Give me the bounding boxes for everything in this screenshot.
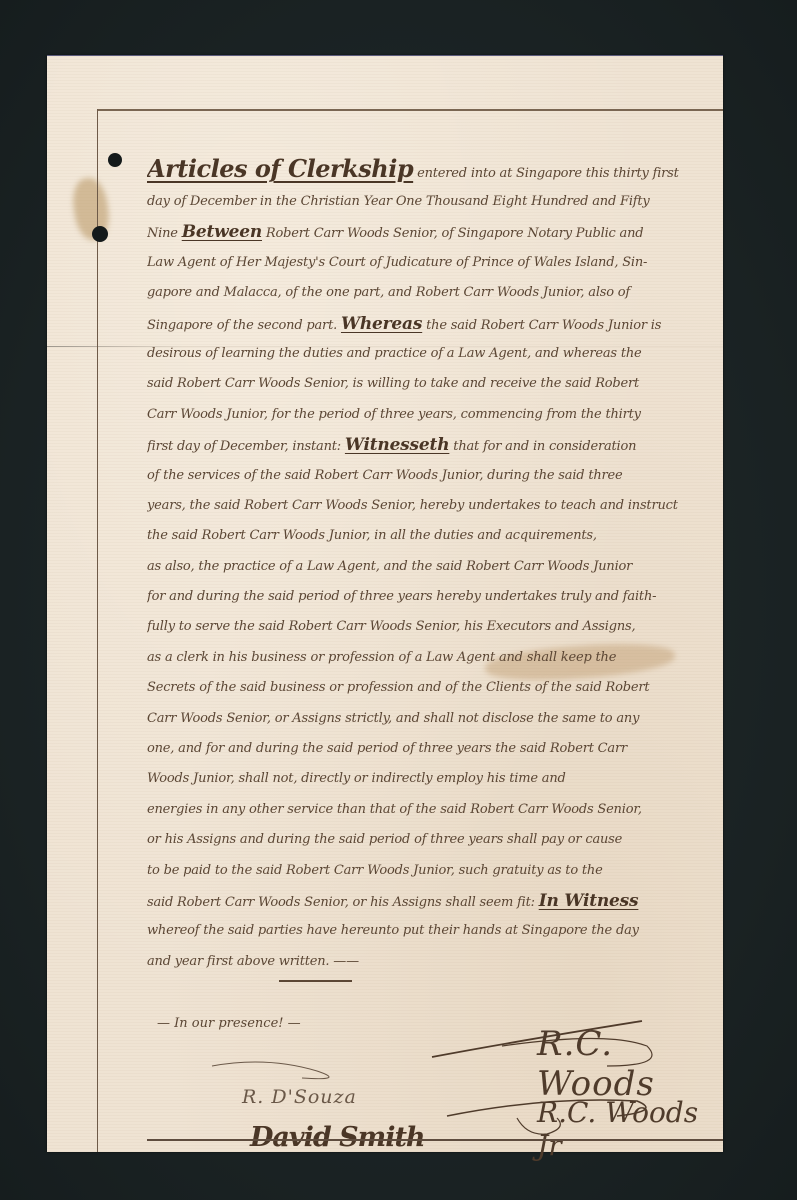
text-line: of the services of the said Robert Carr …	[147, 461, 709, 491]
line-text: said Robert Carr Woods Senior, is willin…	[147, 376, 639, 391]
line-text: to be paid to the said Robert Carr Woods…	[147, 863, 603, 878]
line-text: entered into at Singapore this thirty fi…	[413, 166, 679, 181]
text-line: the said Robert Carr Woods Junior, in al…	[147, 521, 709, 551]
handwritten-body: Articles of Clerkship entered into at Si…	[147, 151, 709, 977]
text-line: day of December in the Christian Year On…	[147, 187, 709, 217]
line-text: energies in any other service than that …	[147, 802, 642, 817]
punch-hole	[92, 226, 108, 242]
text-line: or his Assigns and during the said perio…	[147, 825, 709, 855]
text-line: years, the said Robert Carr Woods Senior…	[147, 491, 709, 521]
line-text: the said Robert Carr Woods Junior is	[422, 318, 661, 333]
line-text: or his Assigns and during the said perio…	[147, 832, 622, 847]
line-text: that for and in consideration	[449, 439, 636, 454]
witness-signature: R. D'Souza	[242, 1086, 357, 1108]
line-text: desirous of learning the duties and prac…	[147, 346, 642, 361]
line-text: whereof the said parties have hereunto p…	[147, 923, 639, 938]
emphasized-word: Whereas	[341, 314, 422, 334]
left-margin-rule	[97, 109, 98, 1152]
line-text: as also, the practice of a Law Agent, an…	[147, 559, 632, 574]
text-line: Woods Junior, shall not, directly or ind…	[147, 764, 709, 794]
line-text: fully to serve the said Robert Carr Wood…	[147, 619, 635, 634]
line-text: for and during the said period of three …	[147, 589, 656, 604]
line-text: Secrets of the said business or professi…	[147, 680, 649, 695]
text-line: as a clerk in his business or profession…	[147, 643, 709, 673]
line-text: Robert Carr Woods Senior, of Singapore N…	[262, 226, 643, 241]
text-line: gapore and Malacca, of the one part, and…	[147, 278, 709, 308]
text-line: said Robert Carr Woods Senior, is willin…	[147, 369, 709, 399]
text-line: Secrets of the said business or professi…	[147, 673, 709, 703]
text-line: fully to serve the said Robert Carr Wood…	[147, 612, 709, 642]
line-text: one, and for and during the said period …	[147, 741, 627, 756]
line-text: years, the said Robert Carr Woods Senior…	[147, 498, 678, 513]
line-text: Singapore of the second part.	[147, 318, 341, 333]
text-line: as also, the practice of a Law Agent, an…	[147, 552, 709, 582]
text-line: Nine Between Robert Carr Woods Senior, o…	[147, 217, 709, 247]
line-text: as a clerk in his business or profession…	[147, 650, 616, 665]
attestation-clause: — In our presence! —	[157, 1016, 301, 1031]
bottom-border-rule	[147, 1139, 723, 1141]
emphasized-word: Witnesseth	[345, 435, 449, 455]
line-text: Law Agent of Her Majesty's Court of Judi…	[147, 255, 647, 270]
line-text: said Robert Carr Woods Senior, or his As…	[147, 895, 539, 910]
witness-signature: David Smith	[250, 1122, 425, 1153]
document-page: Articles of Clerkship entered into at Si…	[47, 55, 723, 1152]
text-line: and year first above written. ——	[147, 947, 709, 977]
text-line: whereof the said parties have hereunto p…	[147, 916, 709, 946]
line-text: Carr Woods Senior, or Assigns strictly, …	[147, 711, 639, 726]
text-line: Singapore of the second part. Whereas th…	[147, 309, 709, 339]
text-line: Carr Woods Junior, for the period of thr…	[147, 400, 709, 430]
line-text: of the services of the said Robert Carr …	[147, 468, 623, 483]
top-border-rule	[97, 109, 723, 111]
text-line: Carr Woods Senior, or Assigns strictly, …	[147, 704, 709, 734]
text-line: Law Agent of Her Majesty's Court of Judi…	[147, 248, 709, 278]
emphasized-word: In Witness	[539, 891, 639, 911]
line-text: day of December in the Christian Year On…	[147, 194, 650, 209]
text-line: to be paid to the said Robert Carr Woods…	[147, 856, 709, 886]
line-text: Carr Woods Junior, for the period of thr…	[147, 407, 641, 422]
line-text: gapore and Malacca, of the one part, and…	[147, 285, 630, 300]
document-title: Articles of Clerkship	[147, 154, 413, 183]
line-text: and year first above written. ——	[147, 954, 359, 969]
line-text: the said Robert Carr Woods Junior, in al…	[147, 528, 597, 543]
text-line: Articles of Clerkship entered into at Si…	[147, 151, 709, 187]
party-signature: R.C. Woods	[537, 1024, 723, 1104]
party-signature: R.C. Woods Jr	[537, 1096, 723, 1162]
text-line: for and during the said period of three …	[147, 582, 709, 612]
punch-hole	[108, 153, 122, 167]
line-text: Nine	[147, 226, 182, 241]
text-line: first day of December, instant: Witnesse…	[147, 430, 709, 460]
text-line: desirous of learning the duties and prac…	[147, 339, 709, 369]
text-line: one, and for and during the said period …	[147, 734, 709, 764]
emphasized-word: Between	[182, 222, 262, 242]
text-line: said Robert Carr Woods Senior, or his As…	[147, 886, 709, 916]
line-text: Woods Junior, shall not, directly or ind…	[147, 771, 566, 786]
line-text: first day of December, instant:	[147, 439, 345, 454]
text-line: energies in any other service than that …	[147, 795, 709, 825]
